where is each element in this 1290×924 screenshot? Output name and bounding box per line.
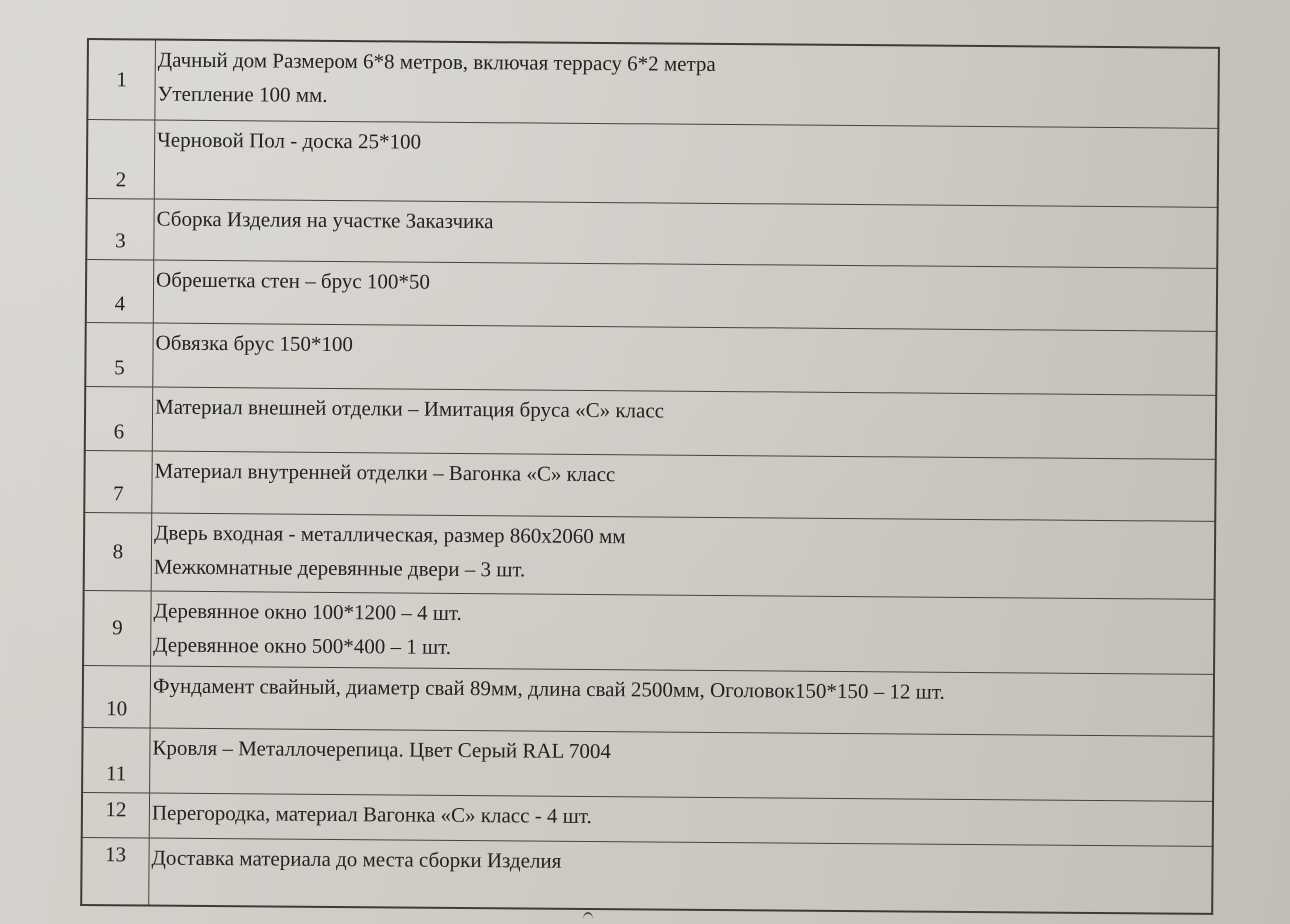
description-line: Доставка материала до места сборки Издел…: [151, 840, 1211, 882]
row-number: 5: [85, 322, 153, 387]
row-description: Деревянное окно 100*1200 – 4 шт. Деревян…: [151, 591, 1215, 674]
description-line: Межкомнатные деревянные двери – 3 шт.: [154, 549, 1214, 591]
row-description: Кровля – Металлочерепица. Цвет Серый RAL…: [150, 728, 1214, 801]
table-row: 6 Материал внешней отделки – Имитация бр…: [85, 386, 1216, 459]
row-description: Дачный дом Размером 6*8 метров, включая …: [155, 40, 1219, 128]
row-number: 3: [86, 198, 154, 260]
description-line: Обрешетка стен – брус 100*50: [156, 262, 1216, 304]
row-number: 11: [82, 727, 150, 793]
row-number: 13: [81, 837, 149, 906]
table-row: 7 Материал внутренней отделки – Вагонка …: [84, 450, 1215, 521]
table-row: 11 Кровля – Металлочерепица. Цвет Серый …: [82, 727, 1213, 801]
table-row: 9 Деревянное окно 100*1200 – 4 шт. Дерев…: [83, 590, 1215, 674]
description-line: Утепление 100 мм.: [157, 77, 1217, 119]
table-row: 10 Фундамент свайный, диаметр свай 89мм,…: [83, 665, 1214, 736]
row-number: 8: [84, 512, 152, 591]
table-row: 4 Обрешетка стен – брус 100*50: [86, 259, 1217, 331]
specification-table: 1 Дачный дом Размером 6*8 метров, включа…: [80, 38, 1220, 915]
row-number: 1: [87, 39, 155, 120]
row-description: Фундамент свайный, диаметр свай 89мм, дл…: [150, 666, 1214, 736]
description-line: Деревянное окно 500*400 – 1 шт.: [153, 627, 1213, 669]
row-description: Материал внешней отделки – Имитация брус…: [152, 387, 1216, 459]
table-row: 5 Обвязка брус 150*100: [85, 322, 1216, 395]
row-description: Сборка Изделия на участке Заказчика: [154, 199, 1218, 268]
table-row: 8 Дверь входная - металлическая, размер …: [84, 512, 1216, 599]
description-line: Кровля – Металлочерепица. Цвет Серый RAL…: [152, 730, 1212, 772]
row-number: 2: [87, 119, 155, 199]
description-line: Обвязка брус 150*100: [155, 325, 1215, 367]
description-line: Материал внешней отделки – Имитация брус…: [155, 389, 1215, 431]
row-number: 9: [83, 590, 151, 666]
description-line: Перегородка, материал Вагонка «С» класс …: [152, 795, 1212, 837]
table-row: 2 Черновой Пол - доска 25*100: [87, 119, 1219, 207]
table-row: 1 Дачный дом Размером 6*8 метров, включа…: [87, 39, 1219, 128]
row-description: Дверь входная - металлическая, размер 86…: [151, 513, 1215, 599]
row-description: Обвязка брус 150*100: [153, 323, 1217, 395]
row-number: 4: [86, 259, 154, 323]
page-number-mark: [583, 912, 593, 924]
row-description: Обрешетка стен – брус 100*50: [153, 260, 1217, 331]
description-line: Фундамент свайный, диаметр свай 89мм, дл…: [153, 668, 1213, 710]
row-description: Материал внутренней отделки – Вагонка «С…: [152, 451, 1216, 521]
row-number: 12: [82, 792, 150, 838]
description-line: Черновой Пол - доска 25*100: [157, 122, 1217, 164]
description-line: Материал внутренней отделки – Вагонка «С…: [154, 453, 1214, 495]
description-line: Сборка Изделия на участке Заказчика: [156, 201, 1216, 243]
row-description: Черновой Пол - доска 25*100: [154, 120, 1218, 207]
row-number: 7: [84, 450, 152, 513]
row-number: 6: [85, 386, 153, 451]
row-description: Доставка материала до места сборки Издел…: [149, 838, 1213, 914]
row-number: 10: [83, 665, 151, 728]
table-row: 3 Сборка Изделия на участке Заказчика: [86, 198, 1217, 268]
table-row: 13 Доставка материала до места сборки Из…: [81, 837, 1212, 914]
